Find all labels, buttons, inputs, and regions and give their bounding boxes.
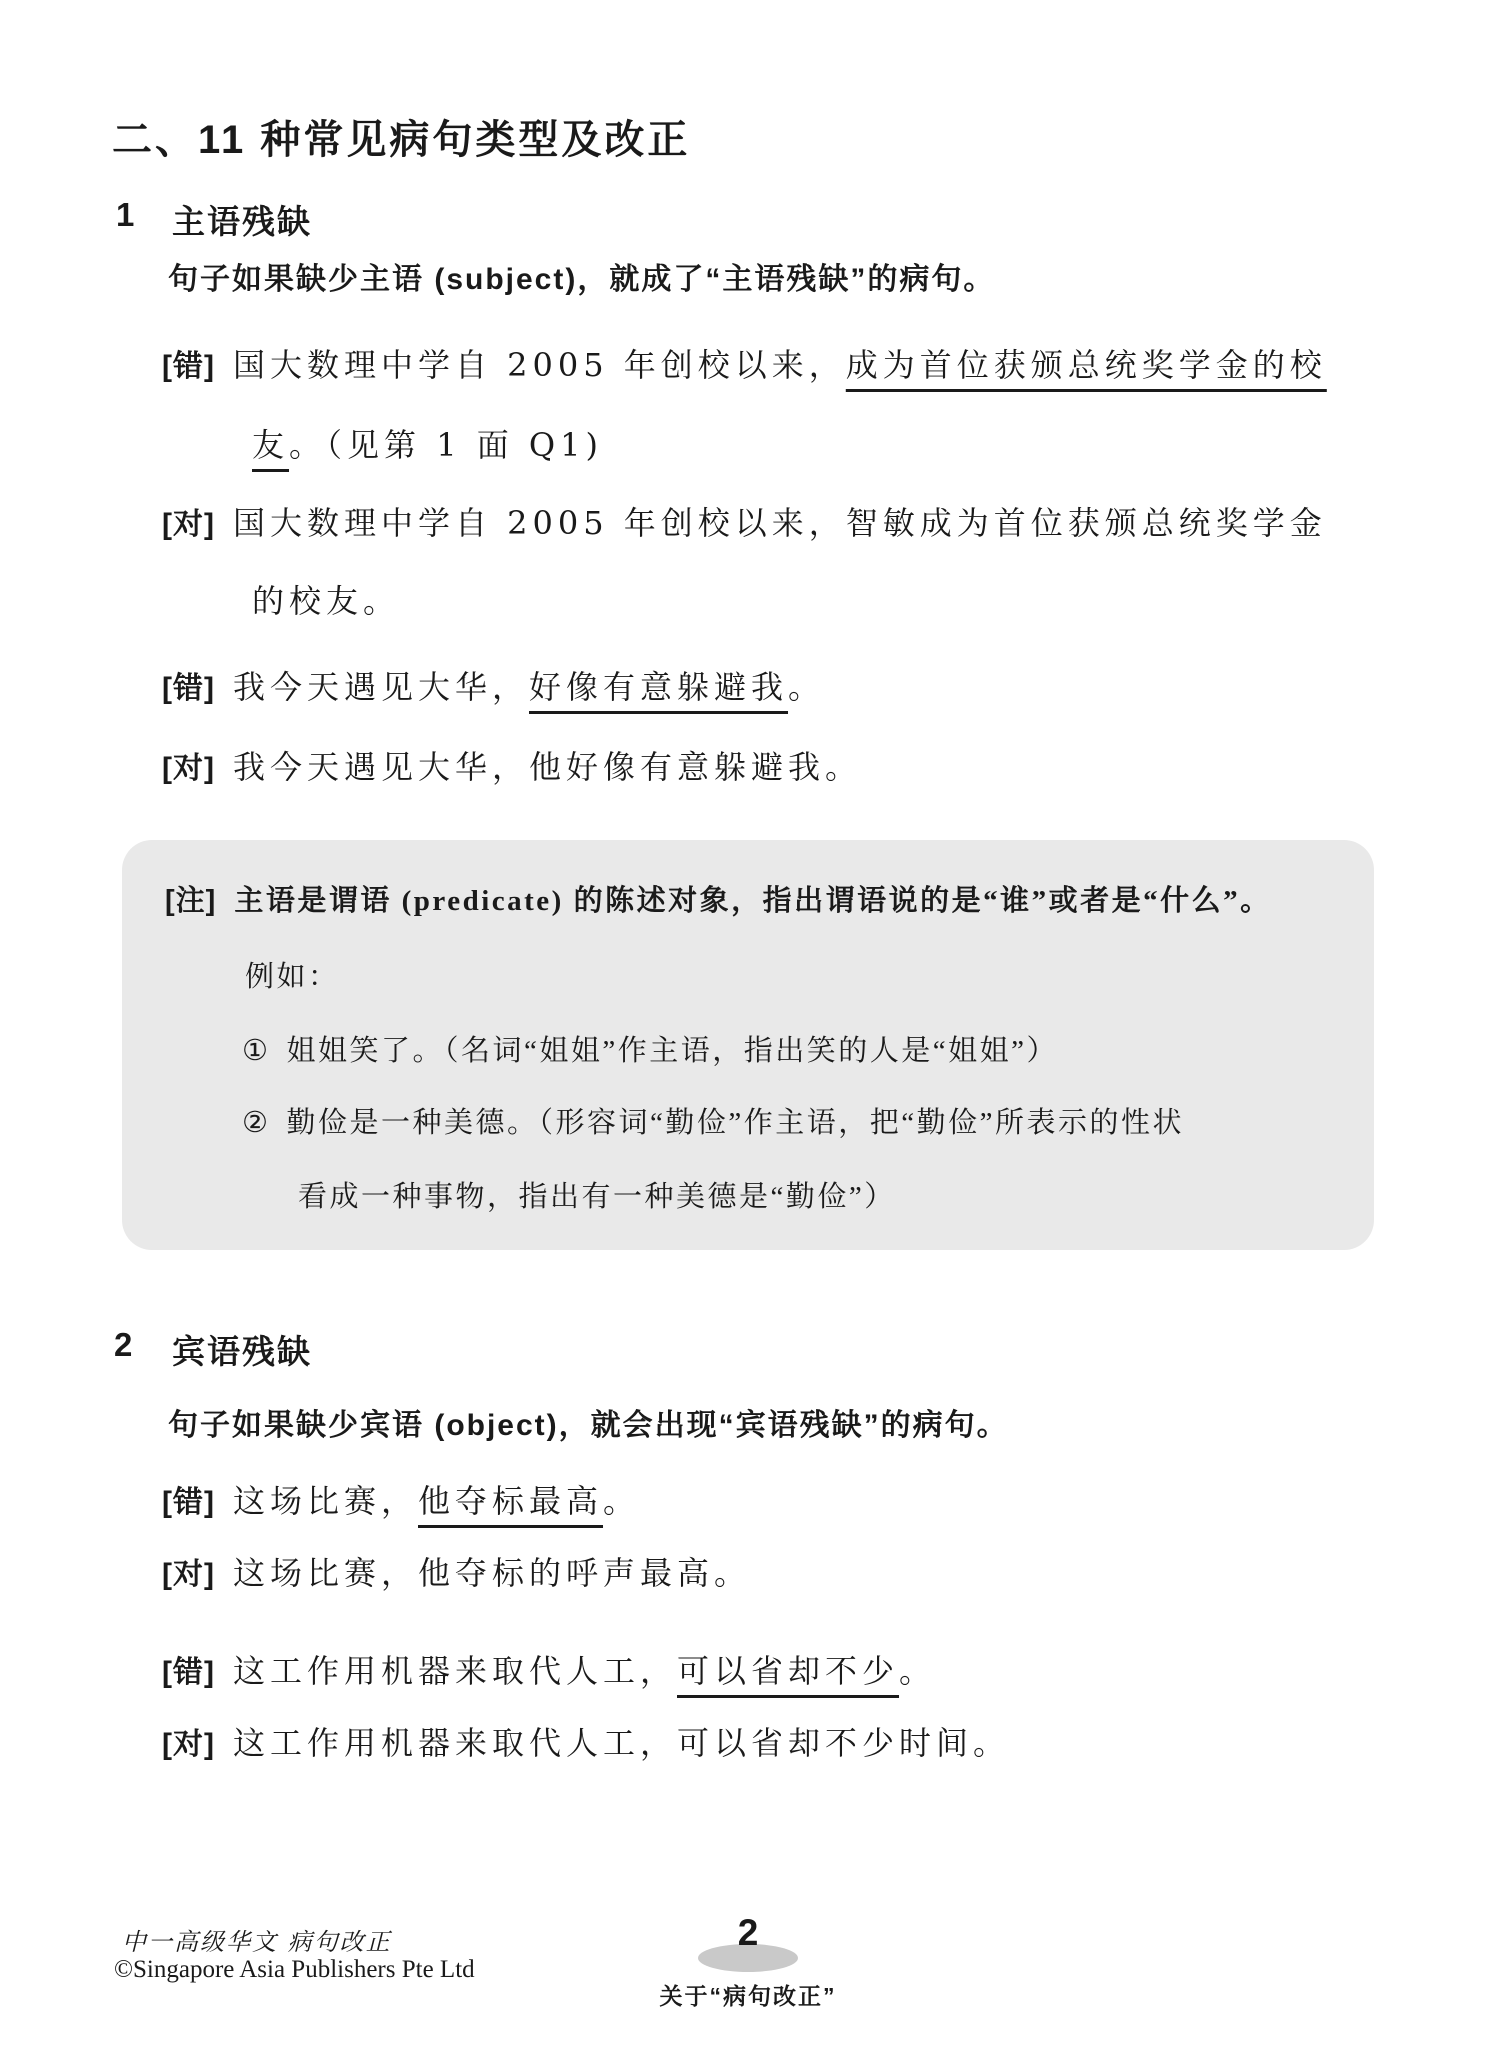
note-example-heading: 例如：	[245, 954, 340, 995]
wrong-label: [错]	[162, 1656, 215, 1689]
note-item-text: 看成一种事物，指出有一种美德是“勤俭”）	[298, 1181, 896, 1213]
example-sentence-wrong-continuation: 友。（见第 1 面 Q1)	[252, 420, 603, 466]
example-sentence-right: [对]这场比赛，他夺标的呼声最高。	[162, 1548, 751, 1594]
main-heading: 二、11 种常见病句类型及改正	[112, 108, 690, 165]
footer-copyright: ©Singapore Asia Publishers Pte Ltd	[114, 1956, 475, 1984]
sentence-text: 。	[899, 1652, 936, 1690]
note-item-2-continuation: 看成一种事物，指出有一种美德是“勤俭”）	[298, 1174, 896, 1215]
wrong-label: [错]	[162, 672, 215, 705]
underlined-error-text: 好像有意躲避我	[529, 668, 788, 706]
sentence-text: 的校友。	[252, 582, 400, 620]
underlined-error-text: 友	[252, 426, 289, 464]
section-1-number: 1	[116, 196, 136, 234]
example-sentence-wrong: [错]这工作用机器来取代人工，可以省却不少。	[162, 1646, 936, 1692]
sentence-text: 国大数理中学自 2005 年创校以来，	[233, 346, 846, 384]
example-sentence-right: [对]国大数理中学自 2005 年创校以来，智敏成为首位获颁总统奖学金	[162, 498, 1327, 544]
sentence-text: 。	[603, 1482, 640, 1520]
wrong-label: [错]	[162, 350, 215, 383]
sentence-text: 这场比赛，他夺标的呼声最高。	[233, 1554, 751, 1592]
section-1-title: 主语残缺	[172, 196, 312, 243]
wrong-label: [错]	[162, 1486, 215, 1519]
sentence-text: 我今天遇见大华，	[233, 668, 529, 706]
example-sentence-wrong: [错]国大数理中学自 2005 年创校以来，成为首位获颁总统奖学金的校	[162, 340, 1327, 386]
sentence-text: 这工作用机器来取代人工，可以省却不少时间。	[233, 1724, 1010, 1762]
note-item-2: ②勤俭是一种美德。（形容词“勤俭”作主语，把“勤俭”所表示的性状	[242, 1100, 1184, 1141]
note-item-1: ①姐姐笑了。（名词“姐姐”作主语，指出笑的人是“姐姐”）	[242, 1028, 1058, 1069]
note-intro-line: [注]主语是谓语 (predicate) 的陈述对象，指出谓语说的是“谁”或者是…	[165, 878, 1272, 919]
section-1-intro: 句子如果缺少主语 (subject)，就成了“主语残缺”的病句。	[168, 254, 995, 298]
right-label: [对]	[162, 752, 215, 785]
circled-number-2: ②	[242, 1107, 271, 1139]
sentence-text: 国大数理中学自 2005 年创校以来，智敏成为首位获颁总统奖学金	[233, 504, 1327, 542]
example-sentence-wrong: [错]我今天遇见大华，好像有意躲避我。	[162, 662, 825, 708]
note-item-text: 姐姐笑了。（名词“姐姐”作主语，指出笑的人是“姐姐”）	[287, 1035, 1059, 1067]
right-label: [对]	[162, 1558, 215, 1591]
sentence-text: 。（见第 1 面 Q1)	[289, 426, 603, 464]
document-page: 二、11 种常见病句类型及改正 1 主语残缺 句子如果缺少主语 (subject…	[0, 0, 1495, 2049]
sentence-text: 我今天遇见大华，他好像有意躲避我。	[233, 748, 862, 786]
example-sentence-wrong: [错]这场比赛，他夺标最高。	[162, 1476, 640, 1522]
note-item-text: 勤俭是一种美德。（形容词“勤俭”作主语，把“勤俭”所表示的性状	[287, 1107, 1185, 1139]
example-sentence-right-continuation: 的校友。	[252, 576, 400, 622]
sentence-text: 。	[788, 668, 825, 706]
underlined-error-text: 成为首位获颁总统奖学金的校	[846, 346, 1327, 384]
note-label: [注]	[165, 885, 216, 917]
underlined-error-text: 可以省却不少	[677, 1652, 899, 1690]
right-label: [对]	[162, 508, 215, 541]
section-2-number: 2	[114, 1326, 134, 1364]
right-label: [对]	[162, 1728, 215, 1761]
sentence-text: 这工作用机器来取代人工，	[233, 1652, 677, 1690]
circled-number-1: ①	[242, 1035, 271, 1067]
section-2-intro: 句子如果缺少宾语 (object)，就会出现“宾语残缺”的病句。	[168, 1400, 1009, 1444]
page-number: 2	[738, 1912, 759, 1954]
sentence-text: 这场比赛，	[233, 1482, 418, 1520]
example-sentence-right: [对]我今天遇见大华，他好像有意躲避我。	[162, 742, 862, 788]
footer-series-title: 中一高级华文 病句改正	[122, 1922, 392, 1957]
example-sentence-right: [对]这工作用机器来取代人工，可以省却不少时间。	[162, 1718, 1010, 1764]
underlined-error-text: 他夺标最高	[418, 1482, 603, 1520]
note-intro-text: 主语是谓语 (predicate) 的陈述对象，指出谓语说的是“谁”或者是“什么…	[234, 885, 1271, 917]
footer-caption: 关于“病句改正”	[660, 1978, 837, 2011]
section-2-title: 宾语残缺	[172, 1326, 312, 1373]
